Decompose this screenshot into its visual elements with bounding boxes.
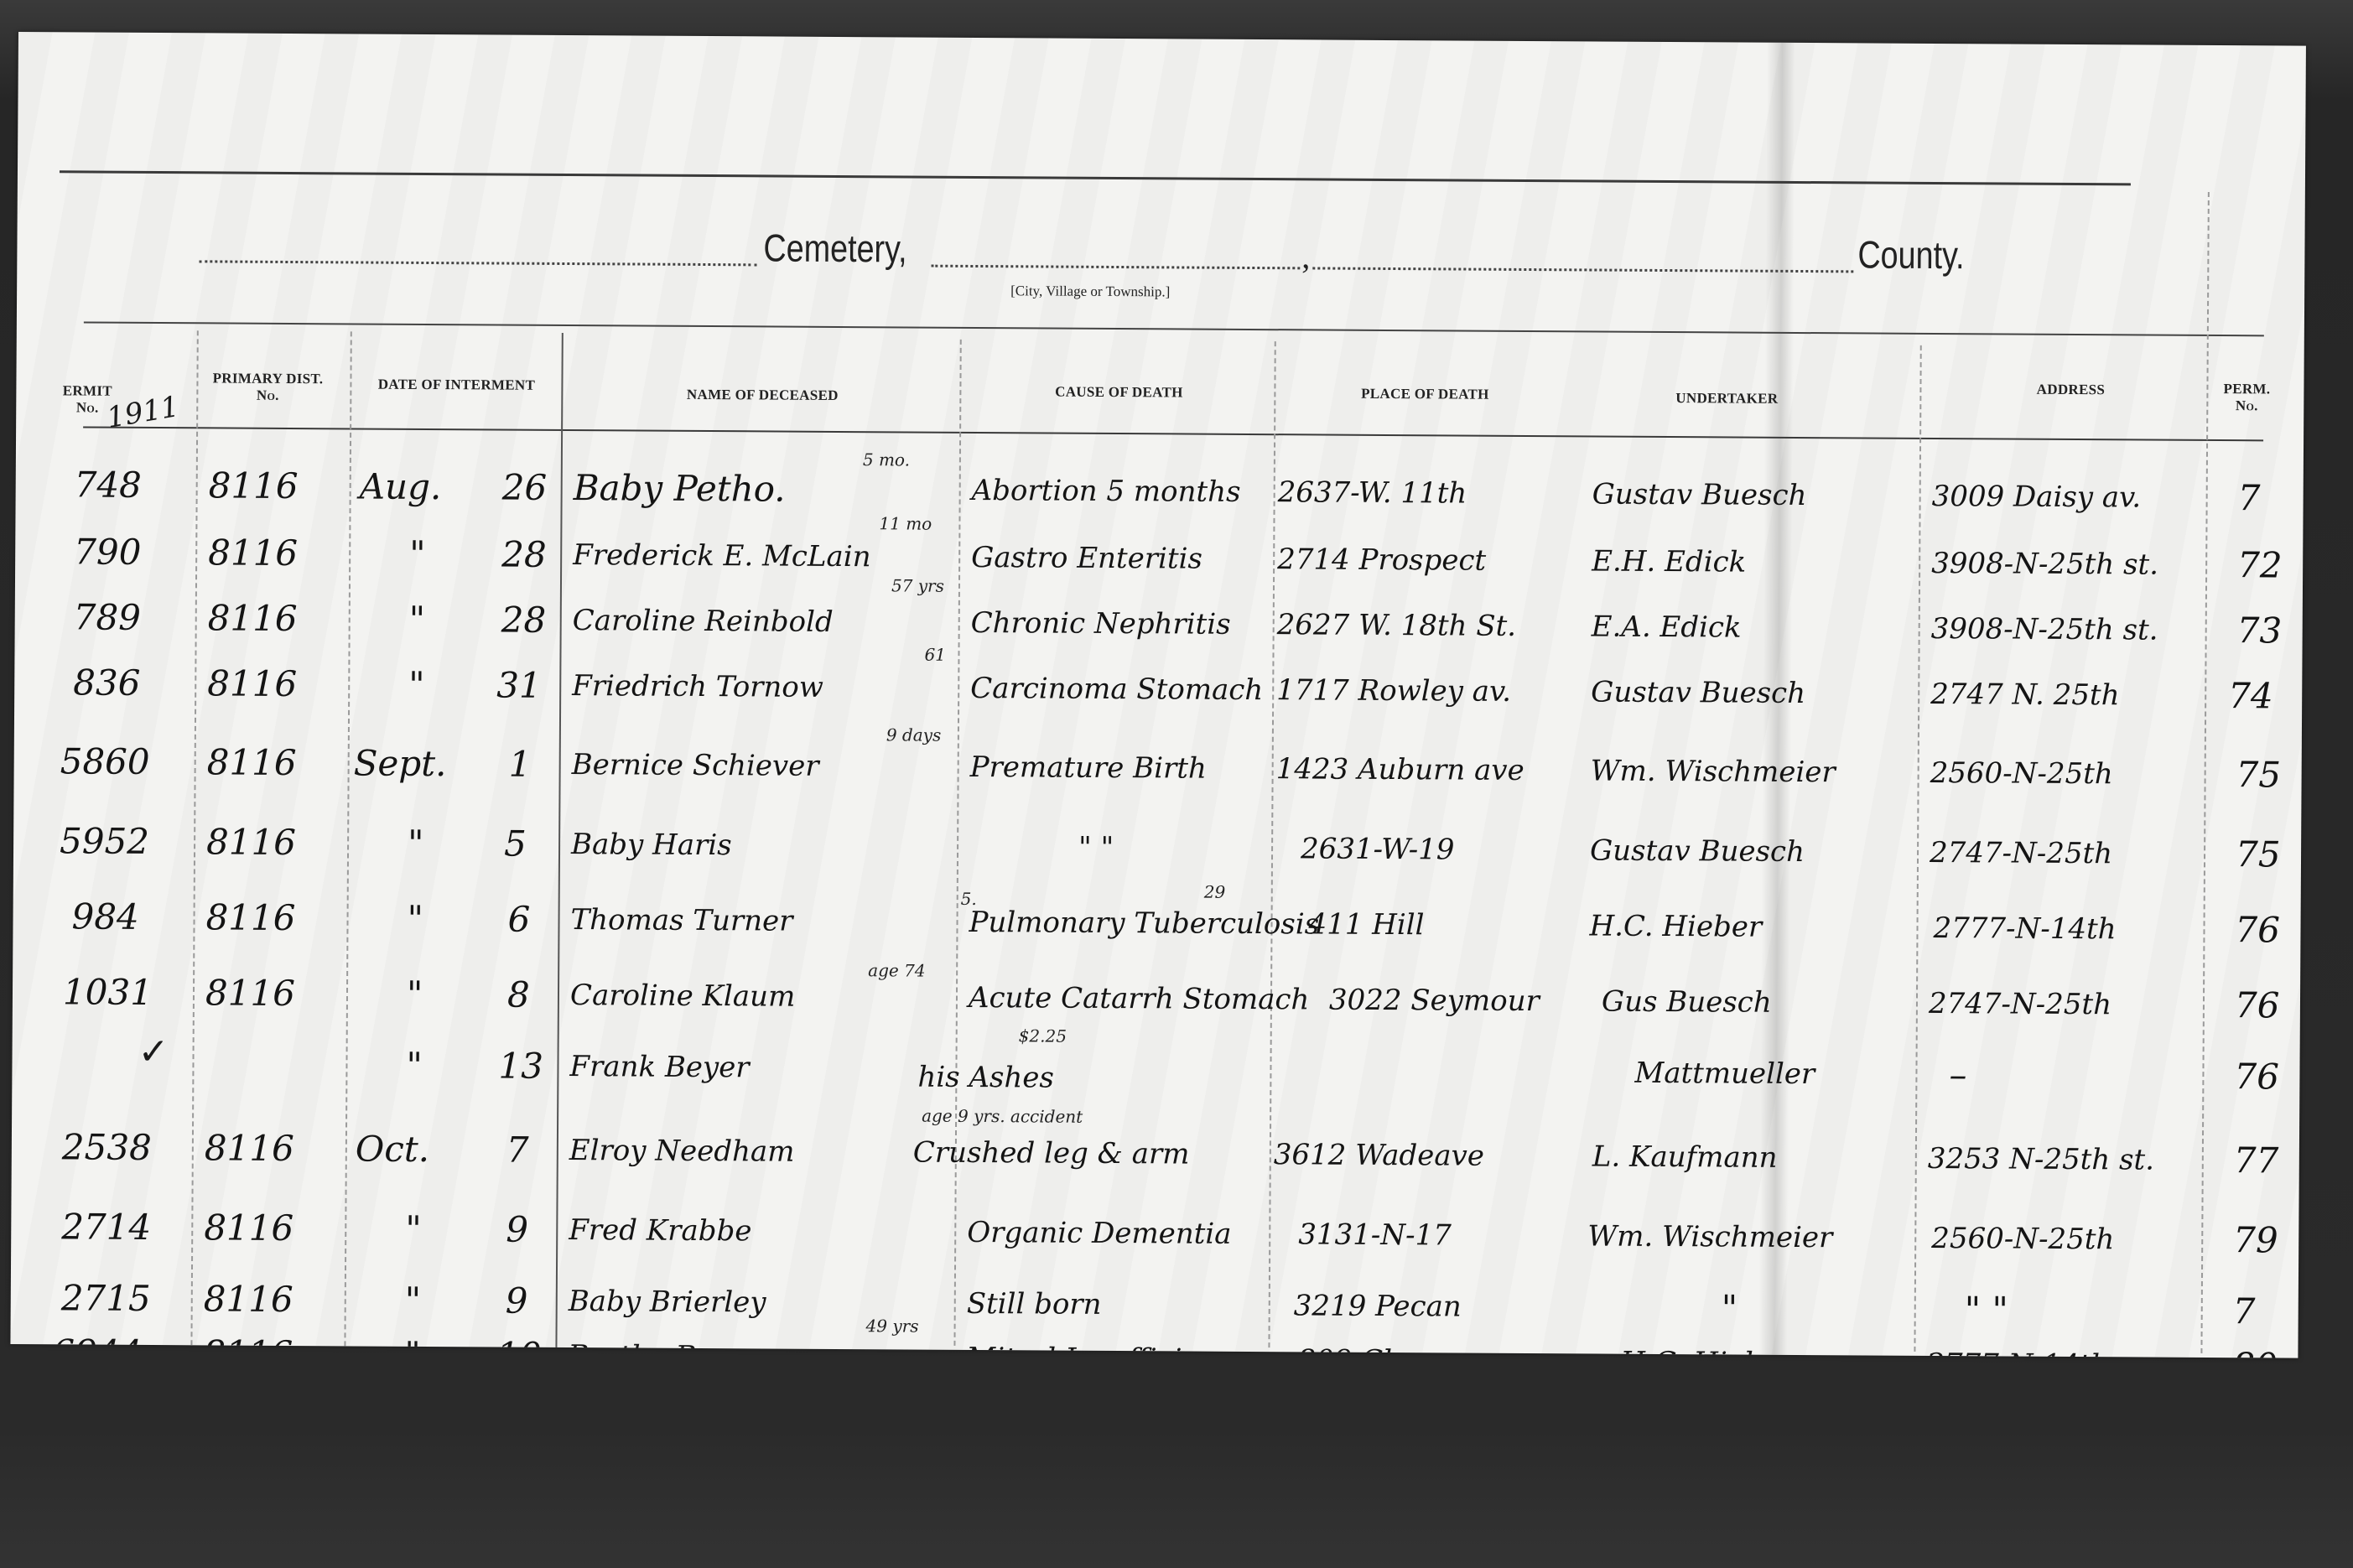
cemetery-county-line: Cemetery, , County.: [180, 221, 2008, 291]
place-of-death: 2714 Prospect: [1277, 534, 1486, 586]
cause-of-death: Crushed leg & arm: [913, 1128, 1190, 1180]
primary-dist-no: 8116: [204, 1202, 293, 1254]
interment-day: 5: [504, 819, 527, 870]
comma-separator: ,: [1301, 236, 1310, 276]
perm-no: 72: [2237, 540, 2283, 590]
perm-no: 77: [2234, 1135, 2279, 1186]
age-note: age 9 yrs. accident: [922, 1106, 1083, 1127]
deceased-name: Thomas Turner: [570, 895, 792, 947]
interment-month: ": [405, 1204, 422, 1254]
place-of-death: 2631-W-19: [1301, 823, 1455, 875]
deceased-name: Friedrich Tornow: [572, 661, 823, 713]
address: 3253 N-25th st.: [1928, 1134, 2154, 1186]
burial-register-page: Cemetery, , County. [City, Village or To…: [10, 32, 2306, 1358]
cause-of-death: his Ashes: [917, 1052, 1054, 1103]
age-note: 5 mo.: [863, 449, 910, 470]
perm-no: 73: [2237, 605, 2283, 656]
perm-no: 76: [2235, 980, 2280, 1031]
age-note: 61: [924, 645, 946, 665]
cemetery-label: Cemetery,: [763, 225, 907, 271]
address: 2777-N-14th: [1933, 903, 2116, 954]
address: 2777 N-14th: [1926, 1339, 2109, 1358]
interment-month: ": [407, 894, 423, 944]
interment-day: 28: [501, 595, 547, 646]
address: 3908-N-25th st.: [1931, 538, 2158, 590]
cause-of-death: " ": [1078, 823, 1114, 873]
interment-day: 13: [498, 1041, 543, 1092]
permit-no: 1031: [63, 967, 153, 1018]
interment-month: ": [406, 1041, 423, 1091]
deceased-name: Bernice Schiever: [571, 740, 818, 792]
place-of-death: 2637-W. 11th: [1277, 467, 1467, 518]
cause-of-death: Gastro Enteritis: [971, 532, 1202, 584]
permit-no: 789: [74, 592, 142, 642]
interment-day: 6: [507, 895, 530, 945]
perm-no: 75: [2236, 829, 2281, 880]
cause-of-death: Organic Dementia: [967, 1207, 1232, 1259]
interment-day: 8: [507, 970, 530, 1020]
deceased-name: Frank Beyer: [569, 1041, 749, 1093]
county-label: County.: [1857, 231, 1965, 278]
undertaker: Gustav Buesch: [1591, 667, 1805, 719]
permit-no: 2715: [61, 1273, 151, 1324]
deceased-name: Frederick E. McLain: [573, 530, 871, 582]
register-row: 5860 8116 Sept. 1 Bernice Schiever 9 day…: [13, 736, 2301, 821]
header-bottom-rule: [83, 426, 2263, 441]
primary-dist-no: 8116: [206, 737, 296, 788]
primary-dist-no: 8116: [205, 968, 295, 1019]
interment-day: 1: [508, 740, 531, 790]
interment-day: 31: [496, 660, 542, 710]
interment-day: 28: [501, 530, 547, 580]
interment-day: 9: [506, 1276, 528, 1327]
header-top-rule: [84, 321, 2264, 336]
cause-of-death: Still born: [967, 1279, 1102, 1330]
checkmark-icon: ✓: [138, 1031, 169, 1073]
deceased-name: Caroline Reinbold: [573, 595, 834, 647]
city-caption: [City, Village or Township.]: [1010, 283, 1170, 300]
primary-dist-no: 8116: [209, 460, 299, 511]
permit-no: 2714: [61, 1202, 151, 1253]
primary-dist-no: 8116: [207, 658, 297, 709]
undertaker: E.A. Edick: [1592, 601, 1742, 652]
address: 3009 Daisy av.: [1931, 471, 2141, 523]
interment-month: ": [408, 818, 424, 869]
place-of-death: 3022 Seymour: [1329, 975, 1540, 1027]
interment-month: ": [409, 529, 426, 579]
place-of-death: 2627 W. 18th St.: [1277, 600, 1517, 652]
age-note: 49 yrs: [866, 1316, 919, 1336]
cause-of-death: Premature Birth: [969, 742, 1207, 794]
deceased-name: Baby Petho.: [574, 463, 786, 515]
cemetery-blank: [199, 260, 756, 266]
col-header-undertaker: UNDERTAKER: [1601, 390, 1852, 408]
age-note: 11 mo: [879, 513, 932, 533]
primary-dist-no: 8116: [204, 1274, 293, 1325]
register-row: 5952 8116 " 5 Baby Haris " " 2631-W-19 G…: [13, 816, 2301, 901]
cause-of-death: Pulmonary Tuberculosis: [969, 897, 1319, 950]
cause-of-death: Chronic Nephritis: [971, 598, 1231, 650]
register-row: 984 8116 " 6 Thomas Turner 5. 29 Pulmona…: [13, 891, 2300, 976]
address: 3908-N-25th st.: [1931, 604, 2158, 656]
undertaker: Mattmueller: [1634, 1048, 1815, 1099]
deceased-name: Baby Haris: [571, 819, 732, 870]
cost-note: $2.25: [1019, 1025, 1067, 1046]
permit-no: 790: [74, 527, 142, 577]
deceased-name: Fred Krabbe: [569, 1205, 751, 1256]
permit-no: 5952: [60, 816, 149, 867]
col-header-name-of-deceased: NAME OF DECEASED: [603, 386, 922, 404]
undertaker: ": [1722, 1283, 1738, 1333]
cause-of-death: Carcinoma Stomach: [970, 663, 1263, 715]
col-header-perm-no: PERM. No.: [2217, 381, 2276, 414]
city-blank: [931, 265, 1300, 270]
interment-month: ": [405, 1275, 422, 1326]
interment-month: Sept.: [353, 738, 446, 789]
register-row: 2714 8116 " 9 Fred Krabbe Organic Dement…: [11, 1202, 2298, 1286]
primary-dist-no: 8116: [206, 817, 296, 868]
undertaker: L. Kaufmann: [1592, 1131, 1778, 1182]
interment-day: 26: [502, 463, 548, 513]
perm-no: 80: [2232, 1341, 2278, 1358]
perm-no: 76: [2235, 905, 2280, 955]
register-row: 2538 8116 Oct. 7 Elroy Needham age 9 yrs…: [12, 1122, 2299, 1207]
interment-day: 9: [506, 1205, 528, 1255]
col-header-address: ADDRESS: [1953, 381, 2188, 399]
deceased-name: Baby Brierley: [569, 1276, 766, 1327]
age-note: age 74: [868, 960, 926, 980]
place-of-death: 411 Hill: [1308, 899, 1424, 950]
col-header-place-of-death: PLACE OF DEATH: [1291, 385, 1559, 403]
perm-no: 7: [2233, 1286, 2256, 1337]
primary-dist-no: 8116: [205, 892, 295, 943]
address: –: [1949, 1050, 1966, 1100]
perm-no: 75: [2236, 750, 2281, 800]
register-row: ✓ " 13 Frank Beyer $2.25 his Ashes Mattm…: [12, 1038, 2299, 1123]
address: 2747-N-25th: [1929, 979, 2111, 1030]
permit-no: 2538: [62, 1122, 152, 1173]
address: 2560-N-25th: [1931, 1213, 2114, 1264]
top-rule: [60, 170, 2131, 185]
undertaker: Wm. Wischmeier: [1590, 745, 1835, 797]
perm-no: 74: [2228, 671, 2273, 721]
undertaker: Wm. Wischmeier: [1587, 1211, 1832, 1263]
primary-dist-no: 8116: [208, 527, 298, 579]
place-of-death: 1423 Auburn ave: [1275, 744, 1524, 796]
primary-dist-no: 8116: [208, 593, 298, 644]
interment-month: Oct.: [356, 1124, 430, 1175]
interment-month: ": [408, 660, 425, 710]
interment-month: ": [407, 969, 423, 1020]
interment-month: Aug.: [360, 461, 442, 512]
address: " ": [1965, 1285, 2008, 1335]
interment-day: 7: [506, 1125, 529, 1176]
permit-no: 984: [71, 891, 139, 942]
age-note: 9 days: [886, 724, 942, 745]
undertaker: Gus Buesch: [1602, 977, 1772, 1028]
interment-month: ": [409, 594, 426, 645]
undertaker: E.H. Edick: [1592, 536, 1746, 587]
permit-no: 836: [73, 657, 141, 708]
deceased-name: Elroy Needham: [569, 1125, 795, 1177]
register-row: 1031 8116 " 8 Caroline Klaum age 74 Acut…: [13, 967, 2300, 1051]
deceased-name: Caroline Klaum: [570, 970, 796, 1022]
perm-no: 79: [2233, 1215, 2278, 1265]
address: 2560-N-25th: [1930, 748, 2112, 799]
permit-no: 748: [75, 459, 143, 510]
cause-of-death: Abortion 5 months: [971, 465, 1240, 517]
place-of-death: 3219 Pecan: [1294, 1280, 1462, 1332]
undertaker: Gustav Buesch: [1590, 825, 1805, 877]
register-row: 836 8116 " 31 Friedrich Tornow 61 Carcin…: [14, 657, 2302, 742]
address: 2747-N-25th: [1930, 828, 2112, 879]
age-note: 57 yrs: [891, 575, 944, 595]
col-header-date-of-interment: DATE OF INTERMENT: [377, 376, 536, 394]
col-header-primary-dist: PRIMARY DIST. No.: [209, 370, 326, 404]
permit-no: 5860: [60, 736, 150, 787]
county-blank: [1312, 267, 1853, 273]
place-of-death: 3131-N-17: [1298, 1209, 1452, 1260]
perm-no: 76: [2234, 1051, 2279, 1102]
place-of-death: 1717 Rowley av.: [1276, 665, 1511, 717]
col-header-cause-of-death: CAUSE OF DEATH: [980, 383, 1257, 402]
perm-no: 7: [2237, 473, 2260, 523]
undertaker: H.C. Hieber: [1589, 901, 1762, 952]
place-of-death: 3612 Wadeave: [1274, 1129, 1484, 1181]
primary-dist-no: 8116: [205, 1123, 294, 1174]
address: 2747 N. 25th: [1930, 669, 2120, 720]
cause-of-death: Acute Catarrh Stomach: [969, 973, 1310, 1025]
undertaker: Gustav Buesch: [1592, 469, 1806, 521]
